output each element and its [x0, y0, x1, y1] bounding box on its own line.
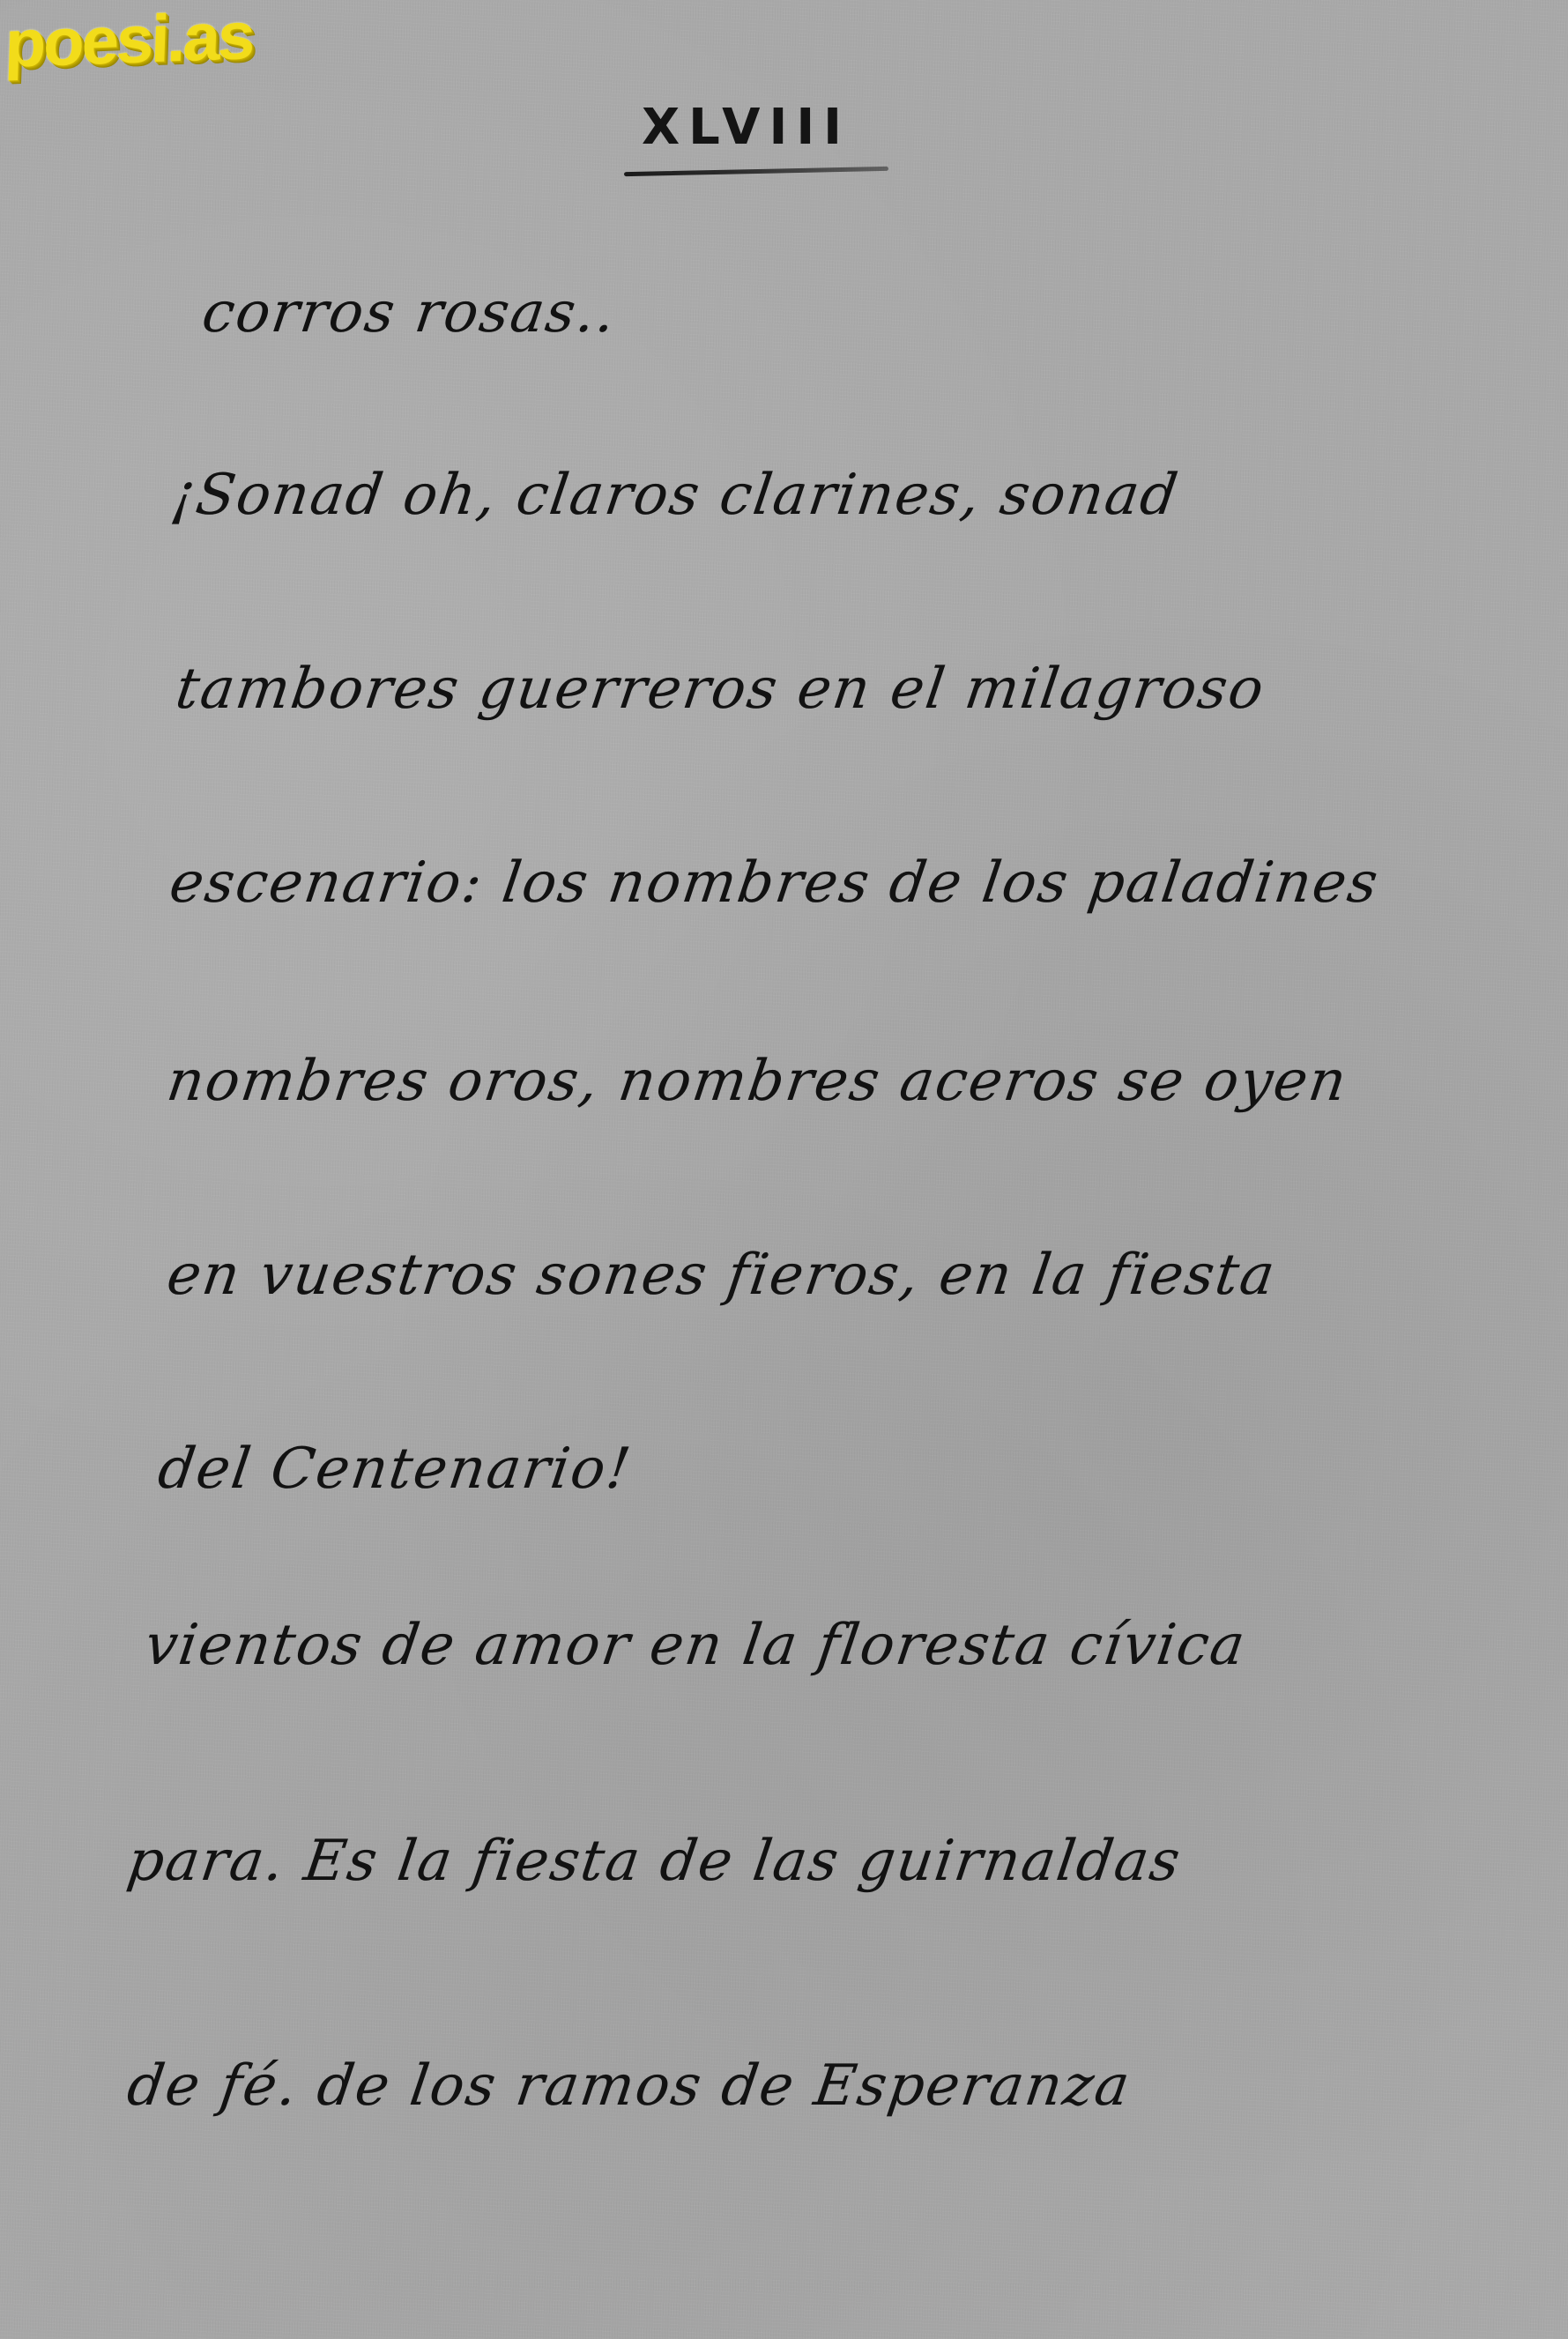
- poem-number-title: XLVIII: [642, 99, 851, 156]
- poesias-logo: poesi.as: [4, 3, 253, 78]
- manuscript-line: escenario: los nombres de los paladines: [166, 850, 1383, 916]
- title-underline: [624, 167, 888, 176]
- manuscript-page: poesi.as XLVIII corros rosas.. ¡Sonad oh…: [0, 0, 1568, 2339]
- manuscript-line: para. Es la fiesta de las guirnaldas: [123, 1829, 1185, 1894]
- manuscript-line: en vuestros sones fieros, en la fiesta: [163, 1243, 1280, 1308]
- manuscript-line: vientos de amor en la floresta cívica: [141, 1613, 1251, 1678]
- manuscript-line: corros rosas..: [198, 280, 621, 345]
- manuscript-line: ¡Sonad oh, claros clarines, sonad: [167, 463, 1183, 528]
- manuscript-line: tambores guerreros en el milagroso: [172, 657, 1269, 722]
- manuscript-line: de fé. de los ramos de Esperanza: [123, 2053, 1135, 2119]
- manuscript-line: del Centenario!: [154, 1437, 635, 1502]
- manuscript-line: nombres oros, nombres aceros se oyen: [163, 1049, 1352, 1114]
